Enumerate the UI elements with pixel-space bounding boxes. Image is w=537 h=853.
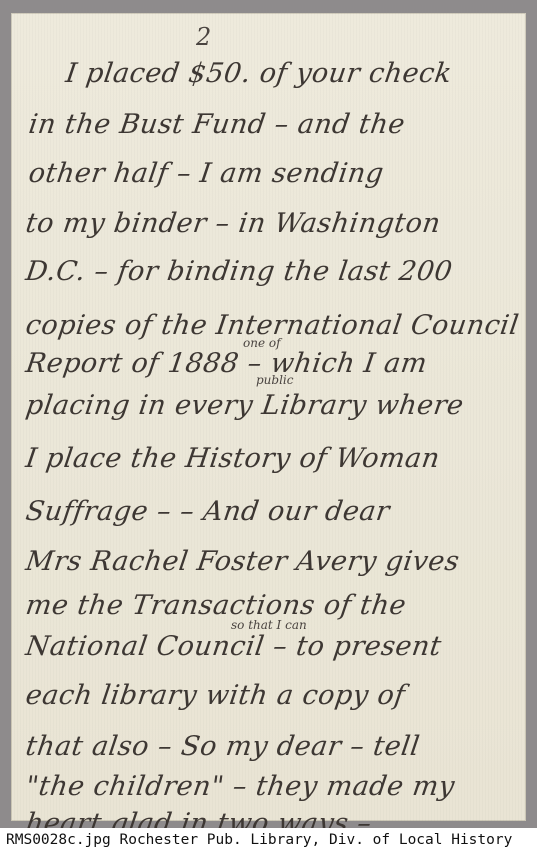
letter-line-8: placing in every Library where	[24, 390, 528, 421]
letter-line-12: me the Transactions of the	[24, 590, 528, 621]
letter-line-5: D.C. – for binding the last 200	[24, 256, 528, 287]
letter-line-4: to my binder – in Washington	[24, 208, 528, 239]
letter-page: 2 I placed $50. of your check in the Bus…	[11, 13, 526, 821]
interlinear-note-so-that: so that I can	[231, 618, 307, 632]
letter-line-16: "the children" – they made my	[24, 771, 528, 802]
letter-line-2: in the Bust Fund – and the	[27, 109, 531, 140]
letter-line-9: I place the History of Woman	[24, 443, 528, 474]
letter-line-13: National Council – to present	[24, 631, 528, 662]
interlinear-note-public: public	[256, 373, 294, 387]
image-caption: RMS0028c.jpg Rochester Pub. Library, Div…	[0, 828, 537, 853]
letter-line-15: that also – So my dear – tell	[24, 731, 528, 762]
scan-background: 2 I placed $50. of your check in the Bus…	[0, 0, 537, 828]
letter-line-14: each library with a copy of	[24, 680, 528, 711]
letter-line-1: I placed $50. of your check	[64, 58, 537, 89]
page-number: 2	[196, 23, 211, 51]
letter-line-3: other half – I am sending	[27, 158, 531, 189]
letter-line-11: Mrs Rachel Foster Avery gives	[24, 546, 528, 577]
letter-line-10: Suffrage – – And our dear	[24, 496, 528, 527]
